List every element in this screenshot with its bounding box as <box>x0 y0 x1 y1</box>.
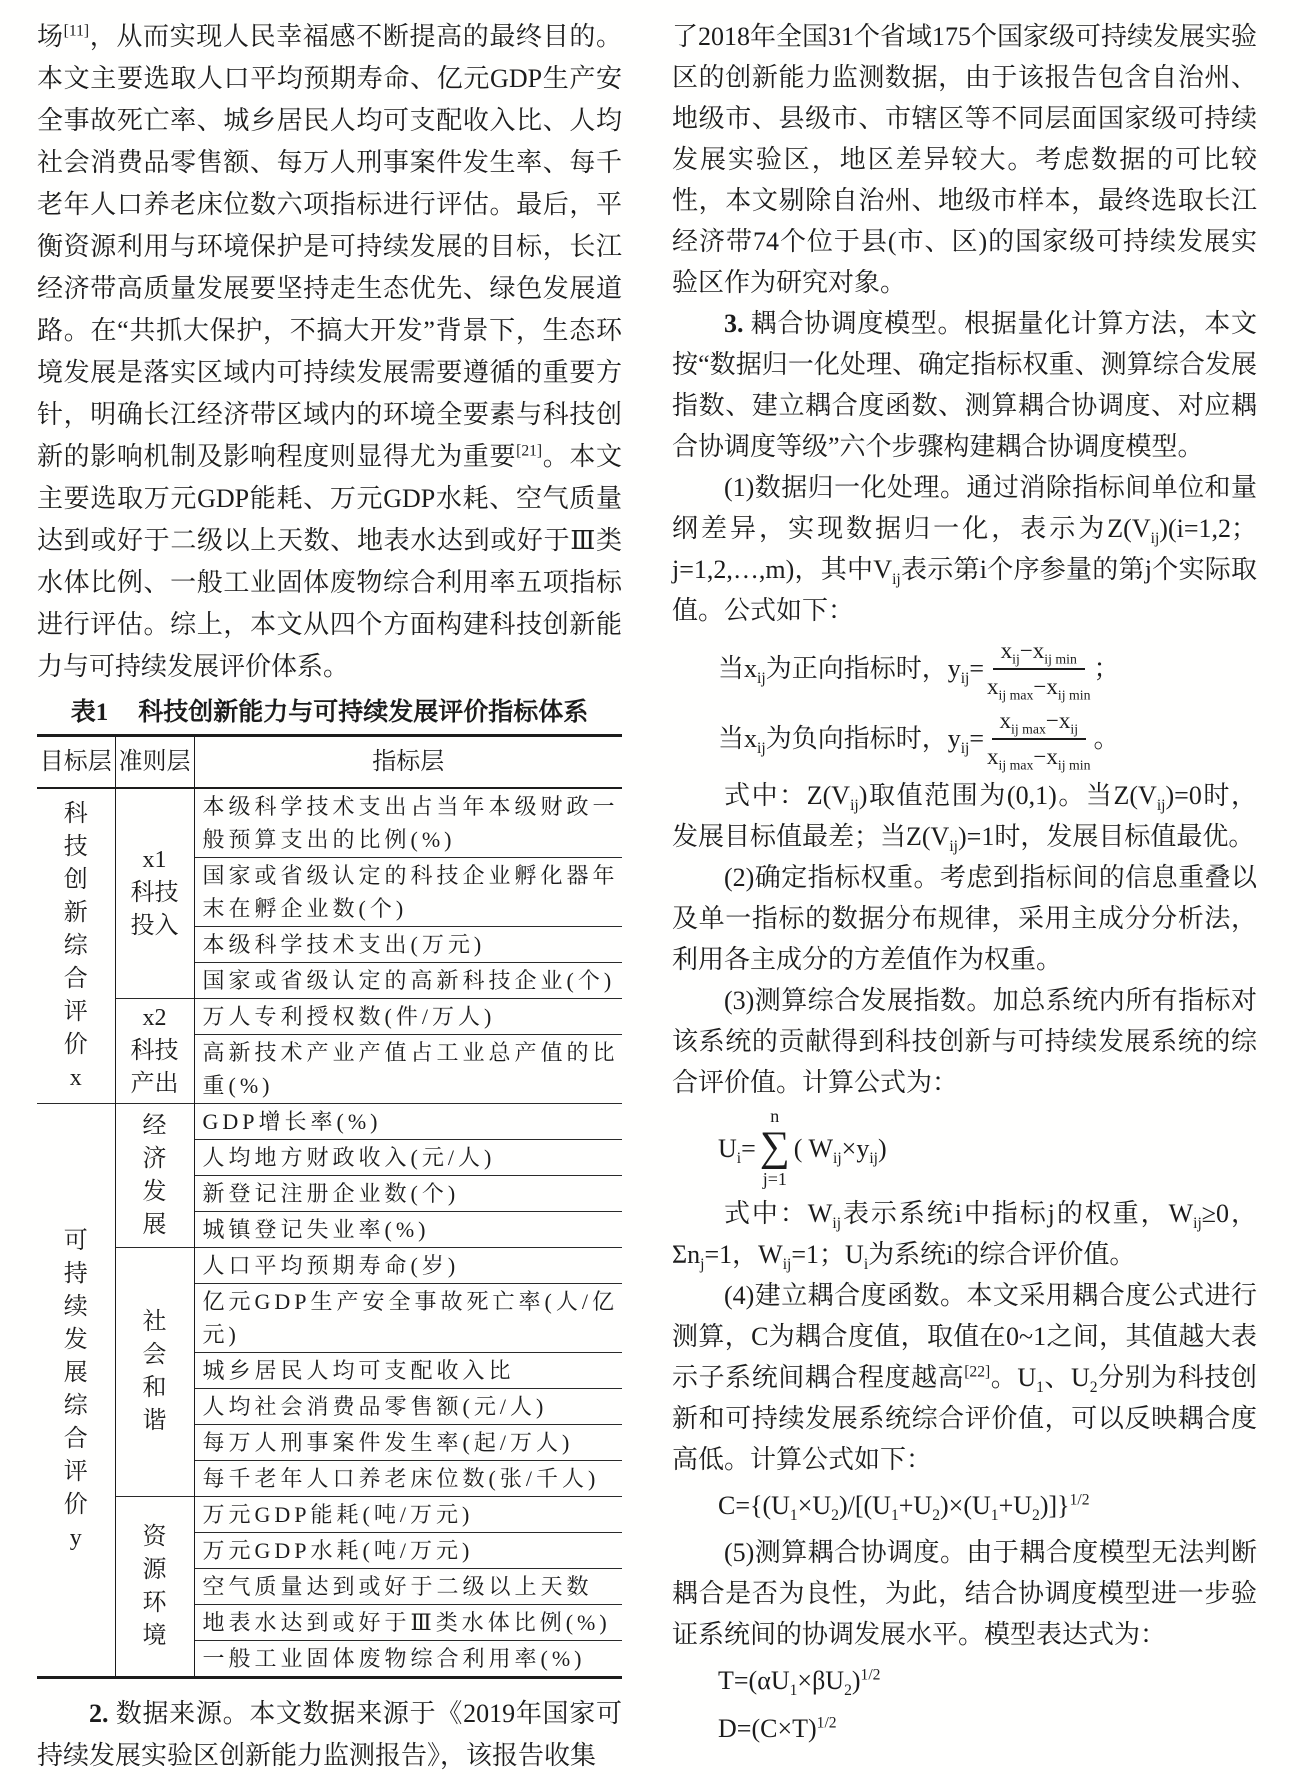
formula-lhs: Ui= <box>718 1128 756 1169</box>
indicator-cell: 万元GDP能耗(吨/万元) <box>194 1497 622 1533</box>
table-caption-title: 科技创新能力与可持续发展评价指标体系 <box>138 699 588 726</box>
indicator-system-table: 目标层 准则层 指标层 科 技 创 新 综 合 评 价 xx1 科技 投入本级科… <box>37 734 622 1679</box>
indicator-cell: 每万人刑事案件发生率(起/万人) <box>194 1425 622 1461</box>
sigma-upper-limit: n <box>770 1107 779 1125</box>
target-layer-cell: 可 持 续 发 展 综 合 评 价 y <box>37 1104 115 1678</box>
paragraph-coordination-degree: (5)测算耦合协调度。由于耦合度模型无法判断耦合是否为良性，为此，结合协调度模型… <box>672 1532 1257 1655</box>
formula-prefix: 当xij为负向指标时，yij= <box>718 718 984 759</box>
formula-d: D=(C×T)1/2 <box>672 1707 1257 1751</box>
fraction-denominator: xij max−xij min <box>987 670 1090 701</box>
paragraph-sample-selection: 了2018年全国31个省域175个国家级可持续发展实验区的创新能力监测数据，由于… <box>672 16 1257 303</box>
paper-page: 场[11]，从而实现人民幸福感不断提高的最终目的。本文主要选取人口平均预期寿命、… <box>0 0 1300 1774</box>
left-column: 场[11]，从而实现人民幸福感不断提高的最终目的。本文主要选取人口平均预期寿命、… <box>37 16 622 1774</box>
indicator-cell: 高新技术产业产值占工业总产值的比重(%) <box>194 1035 622 1104</box>
fraction-numerator: xij max−xij <box>992 705 1087 740</box>
header-target-layer: 目标层 <box>37 736 115 789</box>
indicator-cell: GDP增长率(%) <box>194 1104 622 1140</box>
formula-suffix: ； <box>1094 648 1120 689</box>
formula-negative-indicator: 当xij为负向指标时，yij=xij max−xijxij max−xij mi… <box>672 705 1257 771</box>
indicator-cell: 国家或省级认定的高新科技企业(个) <box>194 963 622 999</box>
formula-text: C={(U1×U2)/[(U1+U2)×(U1+U2)]}1/2 <box>718 1491 1090 1520</box>
indicator-cell: 每千老年人口养老床位数(张/千人) <box>194 1461 622 1497</box>
paragraph-weights: (2)确定指标权重。考虑到指标间的信息重叠以及单一指标的数据分布规律，采用主成分… <box>672 857 1257 980</box>
criteria-layer-cell: 资 源 环 境 <box>115 1497 194 1678</box>
fraction-denominator: xij max−xij min <box>987 740 1090 771</box>
right-column: 了2018年全国31个省域175个国家级可持续发展实验区的创新能力监测数据，由于… <box>672 16 1257 1774</box>
indicator-cell: 空气质量达到或好于二级以上天数 <box>194 1569 622 1605</box>
indicator-cell: 国家或省级认定的科技企业孵化器年末在孵企业数(个) <box>194 858 622 927</box>
indicator-cell: 人口平均预期寿命(岁) <box>194 1248 622 1284</box>
formula-prefix: 当xij为正向指标时，yij= <box>718 648 984 689</box>
fraction: xij−xij minxij max−xij min <box>987 635 1090 701</box>
table-row: x2 科技 产出万人专利授权数(件/万人) <box>37 999 622 1035</box>
indicator-cell: 万元GDP水耗(吨/万元) <box>194 1533 622 1569</box>
table-caption-label: 表1 <box>71 699 109 726</box>
criteria-layer-cell: 社 会 和 谐 <box>115 1248 194 1497</box>
criteria-layer-cell: 经 济 发 展 <box>115 1104 194 1248</box>
paragraph-data-source: 2. 数据来源。本文数据来源于《2019年国家可持续发展实验区创新能力监测报告》… <box>37 1693 622 1774</box>
table-caption: 表1科技创新能力与可持续发展评价指标体系 <box>37 696 622 730</box>
paragraph-z-range: 式中：Z(Vij)取值范围为(0,1)。当Z(Vij)=0时，发展目标值最差；当… <box>672 775 1257 857</box>
fraction: xij max−xijxij max−xij min <box>987 705 1090 771</box>
indicator-cell: 人均地方财政收入(元/人) <box>194 1140 622 1176</box>
formula-suffix: 。 <box>1094 718 1120 759</box>
table-row: 资 源 环 境万元GDP能耗(吨/万元) <box>37 1497 622 1533</box>
indicator-cell: 万人专利授权数(件/万人) <box>194 999 622 1035</box>
indicator-cell: 城镇登记失业率(%) <box>194 1212 622 1248</box>
two-column-layout: 场[11]，从而实现人民幸福感不断提高的最终目的。本文主要选取人口平均预期寿命、… <box>37 16 1300 1774</box>
table-header-row: 目标层 准则层 指标层 <box>37 736 622 789</box>
indicator-cell: 亿元GDP生产安全事故死亡率(人/亿元) <box>194 1284 622 1353</box>
table-row: 社 会 和 谐人口平均预期寿命(岁) <box>37 1248 622 1284</box>
indicator-cell: 人均社会消费品零售额(元/人) <box>194 1389 622 1425</box>
indicator-cell: 本级科学技术支出占当年本级财政一般预算支出的比例(%) <box>194 788 622 858</box>
fraction-numerator: xij−xij min <box>993 635 1085 670</box>
formula-positive-indicator: 当xij为正向指标时，yij=xij−xij minxij max−xij mi… <box>672 635 1257 701</box>
formula-rhs: ( Wij×yij) <box>794 1128 887 1169</box>
formula-text: T=(αU1×βU2)1/2 <box>718 1666 880 1695</box>
header-indicator-layer: 指标层 <box>194 736 622 789</box>
sigma-lower-limit: j=1 <box>763 1169 787 1189</box>
table-row: 科 技 创 新 综 合 评 价 xx1 科技 投入本级科学技术支出占当年本级财政… <box>37 788 622 858</box>
indicator-cell: 一般工业固体废物综合利用率(%) <box>194 1641 622 1678</box>
formula-composite-index: Ui=n∑j=1( Wij×yij) <box>672 1107 1257 1189</box>
table-row: 可 持 续 发 展 综 合 评 价 y经 济 发 展GDP增长率(%) <box>37 1104 622 1140</box>
header-criteria-layer: 准则层 <box>115 736 194 789</box>
sigma-operator: n∑j=1 <box>760 1107 790 1189</box>
paragraph-weight-constraints: 式中：Wij表示系统i中指标j的权重，Wij≥0，Σnj=1，Wij=1；Ui为… <box>672 1193 1257 1275</box>
paragraph-normalization: (1)数据归一化处理。通过消除指标间单位和量纲差异，实现数据归一化，表示为Z(V… <box>672 467 1257 631</box>
target-layer-cell: 科 技 创 新 综 合 评 价 x <box>37 788 115 1104</box>
paragraph-coupling-function: (4)建立耦合度函数。本文采用耦合度公式进行测算，C为耦合度值，取值在0~1之间… <box>672 1275 1257 1480</box>
indicator-cell: 新登记注册企业数(个) <box>194 1176 622 1212</box>
sigma-icon: ∑ <box>760 1125 790 1169</box>
paragraph-composite-index: (3)测算综合发展指数。加总系统内所有指标对该系统的贡献得到科技创新与可持续发展… <box>672 980 1257 1103</box>
paragraph-coupling-model-intro: 3. 耦合协调度模型。根据量化计算方法，本文按“数据归一化处理、确定指标权重、测… <box>672 303 1257 467</box>
paragraph-indicator-selection: 场[11]，从而实现人民幸福感不断提高的最终目的。本文主要选取人口平均预期寿命、… <box>37 16 622 688</box>
indicator-cell: 地表水达到或好于Ⅲ类水体比例(%) <box>194 1605 622 1641</box>
formula-coupling-degree: C={(U1×U2)/[(U1+U2)×(U1+U2)]}1/2 <box>672 1484 1257 1528</box>
formula-text: D=(C×T)1/2 <box>718 1714 837 1743</box>
indicator-cell: 城乡居民人均可支配收入比 <box>194 1353 622 1389</box>
indicator-cell: 本级科学技术支出(万元) <box>194 927 622 963</box>
criteria-layer-cell: x2 科技 产出 <box>115 999 194 1104</box>
formula-t: T=(αU1×βU2)1/2 <box>672 1659 1257 1703</box>
criteria-layer-cell: x1 科技 投入 <box>115 788 194 999</box>
